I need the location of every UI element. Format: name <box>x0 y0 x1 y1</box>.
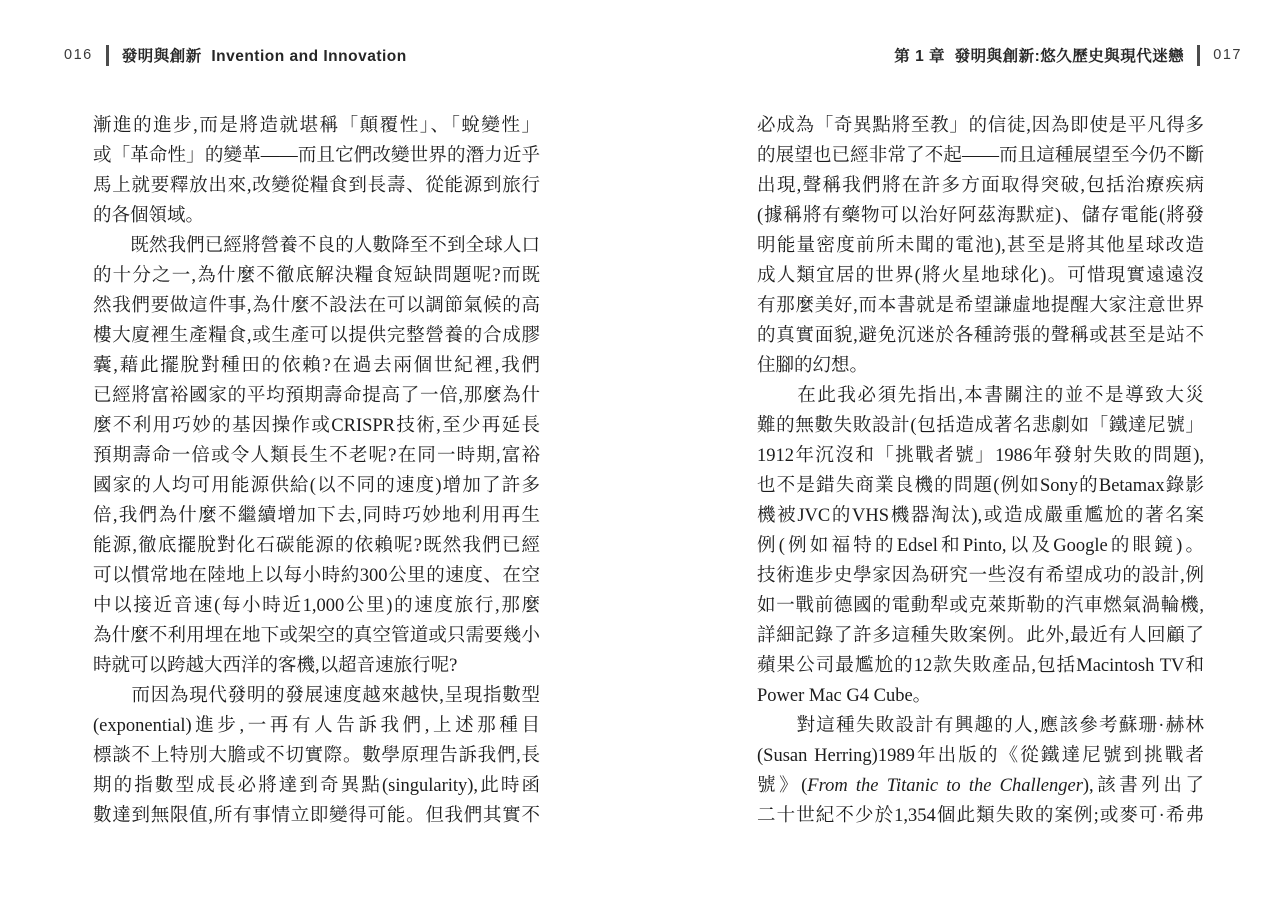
text-line: 已經將富裕國家的平均預期壽命提高了一倍,那麼為什 <box>93 381 540 411</box>
text-line: 難的無數失敗設計(包括造成著名悲劇如「鐵達尼號」 <box>757 411 1204 441</box>
right-page-number: 017 <box>1213 47 1242 63</box>
text-line: 二十世紀不少於1,354個此類失敗的案例;或麥可·希弗 <box>757 801 1204 831</box>
text-line: 囊,藉此擺脫對種田的依賴?在過去兩個世紀裡,我們 <box>93 351 540 381</box>
text-line: 為什麼不利用埋在地下或架空的真空管道或只需要幾小 <box>93 621 540 651</box>
text-line: 成人類宜居的世界(將火星地球化)。可惜現實遠遠沒 <box>757 261 1204 291</box>
text-line: 國家的人均可用能源供給(以不同的速度)增加了許多 <box>93 471 540 501</box>
text-line: 住腳的幻想。 <box>757 351 1204 381</box>
left-book-title: 發明與創新 Invention and Innovation <box>122 44 407 66</box>
left-running-head: 016 發明與創新 Invention and Innovation <box>64 44 407 66</box>
text-line: 詳細記錄了許多這種失敗案例。此外,最近有人回顧了 <box>757 621 1204 651</box>
left-page-number: 016 <box>64 47 93 63</box>
text-line: 馬上就要釋放出來,改變從糧食到長壽、從能源到旅行 <box>93 171 540 201</box>
text-line: 倍,我們為什麼不繼續增加下去,同時巧妙地利用再生 <box>93 501 540 531</box>
text-line: 的真實面貌,避免沉迷於各種誇張的聲稱或甚至是站不 <box>757 321 1204 351</box>
text-line: 預期壽命一倍或令人類長生不老呢?在同一時期,富裕 <box>93 441 540 471</box>
left-page-body: 漸進的進步,而是將造就堪稱「顛覆性」、「蛻變性」或「革命性」的變革——而且它們改… <box>93 111 540 831</box>
right-chapter-title: 第 1 章 發明與創新:悠久歷史與現代迷戀 <box>894 44 1184 66</box>
text-line: 然我們要做這件事,為什麼不設法在可以調節氣候的高 <box>93 291 540 321</box>
text-line: 的各個領域。 <box>93 201 540 231</box>
text-line: Power Mac G4 Cube。 <box>757 681 1204 711</box>
text-line: 在此我必須先指出,本書關注的並不是導致大災 <box>757 381 1204 411</box>
text-line: 也不是錯失商業良機的問題(例如Sony的Betamax錄影 <box>757 471 1204 501</box>
text-line: 漸進的進步,而是將造就堪稱「顛覆性」、「蛻變性」 <box>93 111 540 141</box>
right-running-head: 第 1 章 發明與創新:悠久歷史與現代迷戀 017 <box>894 44 1242 66</box>
text-line: (exponential)進步,一再有人告訴我們,上述那種目 <box>93 711 540 741</box>
text-line: 蘋果公司最尷尬的12款失敗產品,包括Macintosh TV和 <box>757 651 1204 681</box>
text-line: 可以慣常地在陸地上以每小時約300公里的速度、在空 <box>93 561 540 591</box>
text-line: 或「革命性」的變革——而且它們改變世界的潛力近乎 <box>93 141 540 171</box>
text-line: 能源,徹底擺脫對化石碳能源的依賴呢?既然我們已經 <box>93 531 540 561</box>
text-line: 麼不利用巧妙的基因操作或CRISPR技術,至少再延長 <box>93 411 540 441</box>
text-line: 的十分之一,為什麼不徹底解決糧食短缺問題呢?而既 <box>93 261 540 291</box>
text-line: 的展望也已經非常了不起——而且這種展望至今仍不斷 <box>757 141 1204 171</box>
text-line: 必成為「奇異點將至教」的信徒,因為即使是平凡得多 <box>757 111 1204 141</box>
text-line: 出現,聲稱我們將在許多方面取得突破,包括治療疾病 <box>757 171 1204 201</box>
text-line: 對這種失敗設計有興趣的人,應該參考蘇珊·赫林 <box>757 711 1204 741</box>
text-line: 而因為現代發明的發展速度越來越快,呈現指數型 <box>93 681 540 711</box>
text-line: 號》(From the Titanic to the Challenger),該… <box>757 771 1204 801</box>
text-line: 機被JVC的VHS機器淘汰),或造成嚴重尷尬的著名案 <box>757 501 1204 531</box>
text-line: 中以接近音速(每小時近1,000公里)的速度旅行,那麼 <box>93 591 540 621</box>
text-line: 時就可以跨越大西洋的客機,以超音速旅行呢? <box>93 651 540 681</box>
text-line: (Susan Herring)1989年出版的《從鐵達尼號到挑戰者 <box>757 741 1204 771</box>
text-line: 技術進步史學家因為研究一些沒有希望成功的設計,例 <box>757 561 1204 591</box>
text-line: 如一戰前德國的電動犁或克萊斯勒的汽車燃氣渦輪機, <box>757 591 1204 621</box>
text-line: 既然我們已經將營養不良的人數降至不到全球人口 <box>93 231 540 261</box>
text-line: 樓大廈裡生產糧食,或生產可以提供完整營養的合成膠 <box>93 321 540 351</box>
text-line: (據稱將有藥物可以治好阿茲海默症)、儲存電能(將發 <box>757 201 1204 231</box>
text-line: 明能量密度前所未聞的電池),甚至是將其他星球改造 <box>757 231 1204 261</box>
header-divider <box>1197 45 1200 66</box>
text-line: 期的指數型成長必將達到奇異點(singularity),此時函 <box>93 771 540 801</box>
text-line: 例(例如福特的Edsel和Pinto,以及Google的眼鏡)。 <box>757 531 1204 561</box>
text-line: 1912年沉沒和「挑戰者號」1986年發射失敗的問題), <box>757 441 1204 471</box>
right-page-body: 必成為「奇異點將至教」的信徒,因為即使是平凡得多的展望也已經非常了不起——而且這… <box>757 111 1204 831</box>
text-line: 數達到無限值,所有事情立即變得可能。但我們其實不 <box>93 801 540 831</box>
text-line: 有那麼美好,而本書就是希望謙虛地提醒大家注意世界 <box>757 291 1204 321</box>
text-line: 標談不上特別大膽或不切實際。數學原理告訴我們,長 <box>93 741 540 771</box>
header-divider <box>106 45 109 66</box>
book-spread: 016 發明與創新 Invention and Innovation 第 1 章… <box>0 0 1286 900</box>
